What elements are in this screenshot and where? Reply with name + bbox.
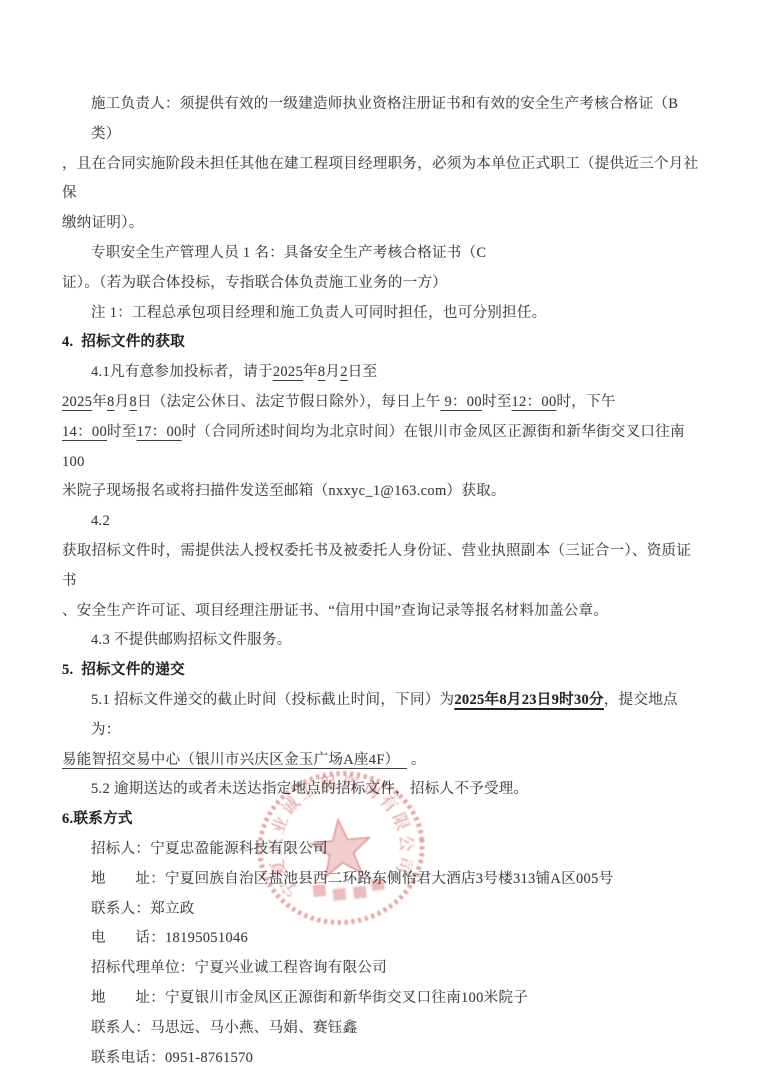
text-segment: 日至 xyxy=(348,364,378,380)
text-segment: 4.3 不提供邮购招标文件服务。 xyxy=(91,632,292,648)
text-segment: 2025 xyxy=(273,364,303,380)
text-line: 联系电话：0951-8761570 xyxy=(62,1044,699,1074)
text-line: 专职安全生产管理人员 1 名：具备安全生产考核合格证书（C xyxy=(62,239,699,269)
text-segment: 、安全生产许可证、项目经理注册证书、“信用中国”查询记录等报名材料加盖公章。 xyxy=(62,603,608,619)
document-page: 施工负责人：须提供有效的一级建造师执业资格注册证书和有效的安全生产考核合格证（B… xyxy=(0,0,760,1074)
text-segment: 2025 xyxy=(62,394,92,410)
text-line: 5.1 招标文件递交的截止时间（投标截止时间，下同）为2025年8月23日9时3… xyxy=(62,686,699,746)
text-line: 证）。（若为联合体投标，专指联合体负责施工业务的一方） xyxy=(62,269,699,299)
text-segment: 年 xyxy=(303,364,318,380)
text-line: 缴纳证明）。 xyxy=(62,209,699,239)
text-segment: 8 xyxy=(107,394,115,410)
text-segment: 时至 xyxy=(107,424,137,440)
text-segment: 月 xyxy=(325,364,340,380)
text-line: ，且在合同实施阶段未担任其他在建工程项目经理职务，必须为本单位正式职工（提供近三… xyxy=(62,150,699,210)
text-line: 4.3 不提供邮购招标文件服务。 xyxy=(62,626,699,656)
text-segment: 2 xyxy=(340,364,348,380)
text-line: 、安全生产许可证、项目经理注册证书、“信用中国”查询记录等报名材料加盖公章。 xyxy=(62,597,699,627)
text-segment: 5.1 招标文件递交的截止时间（投标截止时间，下同）为 xyxy=(91,692,454,708)
text-segment: 12：00 xyxy=(512,394,557,410)
text-segment: 缴纳证明）。 xyxy=(62,215,144,231)
text-segment: 证）。（若为联合体投标，专指联合体负责施工业务的一方） xyxy=(62,275,447,291)
text-line: 施工负责人：须提供有效的一级建造师执业资格注册证书和有效的安全生产考核合格证（B… xyxy=(62,90,699,150)
text-line: 4.2 xyxy=(62,507,699,537)
text-segment: 5. 招标文件的递交 xyxy=(62,662,185,678)
text-segment: 14：00 xyxy=(62,424,107,440)
text-segment: 日（法定公休日、法定节假日除外），每日上午 xyxy=(137,394,441,410)
stamp-illegible-marks xyxy=(312,878,385,903)
text-segment: 9：00 xyxy=(441,394,482,410)
text-segment: 联系人：郑立政 xyxy=(91,901,195,917)
text-line: 注 1：工程总承包项目经理和施工负责人可同时担任，也可分别担任。 xyxy=(62,299,699,329)
company-seal-stamp: 宁夏兴业诚工程咨询有限公司 xyxy=(239,746,443,950)
text-line: 获取招标文件时，需提供法人授权委托书及被委托人身份证、营业执照副本（三证合一）、… xyxy=(62,537,699,597)
text-line: 联系人：马思远、马小燕、马娟、赛钰鑫 xyxy=(62,1014,699,1044)
section-heading: 4. 招标文件的获取 xyxy=(62,328,699,358)
text-segment: 获取招标文件时，需提供法人授权委托书及被委托人身份证、营业执照副本（三证合一）、… xyxy=(62,543,691,589)
text-segment: 4.2 xyxy=(91,513,110,529)
text-segment: 电 话：18195051046 xyxy=(91,930,248,946)
text-segment: 2025年8月23日9时30分 xyxy=(454,692,604,708)
text-line: 招标代理单位：宁夏兴业诚工程咨询有限公司 xyxy=(62,954,699,984)
text-segment: 8 xyxy=(129,394,137,410)
text-segment: 月 xyxy=(115,394,130,410)
text-segment: 专职安全生产管理人员 1 名：具备安全生产考核合格证书（C xyxy=(91,245,486,261)
text-segment: 联系电话：0951-8761570 xyxy=(91,1050,253,1066)
text-segment: 4. 招标文件的获取 xyxy=(62,334,185,350)
stamp-star-icon xyxy=(309,817,373,878)
text-segment: 4.1凡有意参加投标者，请于 xyxy=(91,364,273,380)
text-segment: 时，下午 xyxy=(557,394,616,410)
text-line: 米院子现场报名或将扫描件发送至邮箱（nxxyc_1@163.com）获取。 xyxy=(62,477,699,507)
section-heading: 5. 招标文件的递交 xyxy=(62,656,699,686)
text-line: 地 址：宁夏银川市金凤区正源街和新华街交叉口往南100米院子 xyxy=(62,984,699,1014)
text-segment: 联系人：马思远、马小燕、马娟、赛钰鑫 xyxy=(91,1020,357,1036)
text-line: 14：00时至17：00时（合同所述时间均为北京时间）在银川市金凤区正源街和新华… xyxy=(62,418,699,478)
text-segment: 地 址：宁夏银川市金凤区正源街和新华街交叉口往南100米院子 xyxy=(91,990,528,1006)
text-segment: 年 xyxy=(92,394,107,410)
text-segment: 米院子现场报名或将扫描件发送至邮箱（nxxyc_1@163.com）获取。 xyxy=(62,483,506,499)
text-segment: 注 1：工程总承包项目经理和施工负责人可同时担任，也可分别担任。 xyxy=(91,305,546,321)
text-segment: 施工负责人：须提供有效的一级建造师执业资格注册证书和有效的安全生产考核合格证（B… xyxy=(91,96,678,142)
text-line: 2025年8月8日（法定公休日、法定节假日除外），每日上午 9：00时至12：0… xyxy=(62,388,699,418)
text-segment: ，且在合同实施阶段未担任其他在建工程项目经理职务，必须为本单位正式职工（提供近三… xyxy=(62,156,698,202)
text-segment: 时至 xyxy=(482,394,512,410)
text-segment: 17：00 xyxy=(137,424,182,440)
text-segment: 招标代理单位：宁夏兴业诚工程咨询有限公司 xyxy=(91,960,387,976)
text-segment: 6.联系方式 xyxy=(62,811,133,827)
text-line: 4.1凡有意参加投标者，请于2025年8月2日至 xyxy=(62,358,699,388)
